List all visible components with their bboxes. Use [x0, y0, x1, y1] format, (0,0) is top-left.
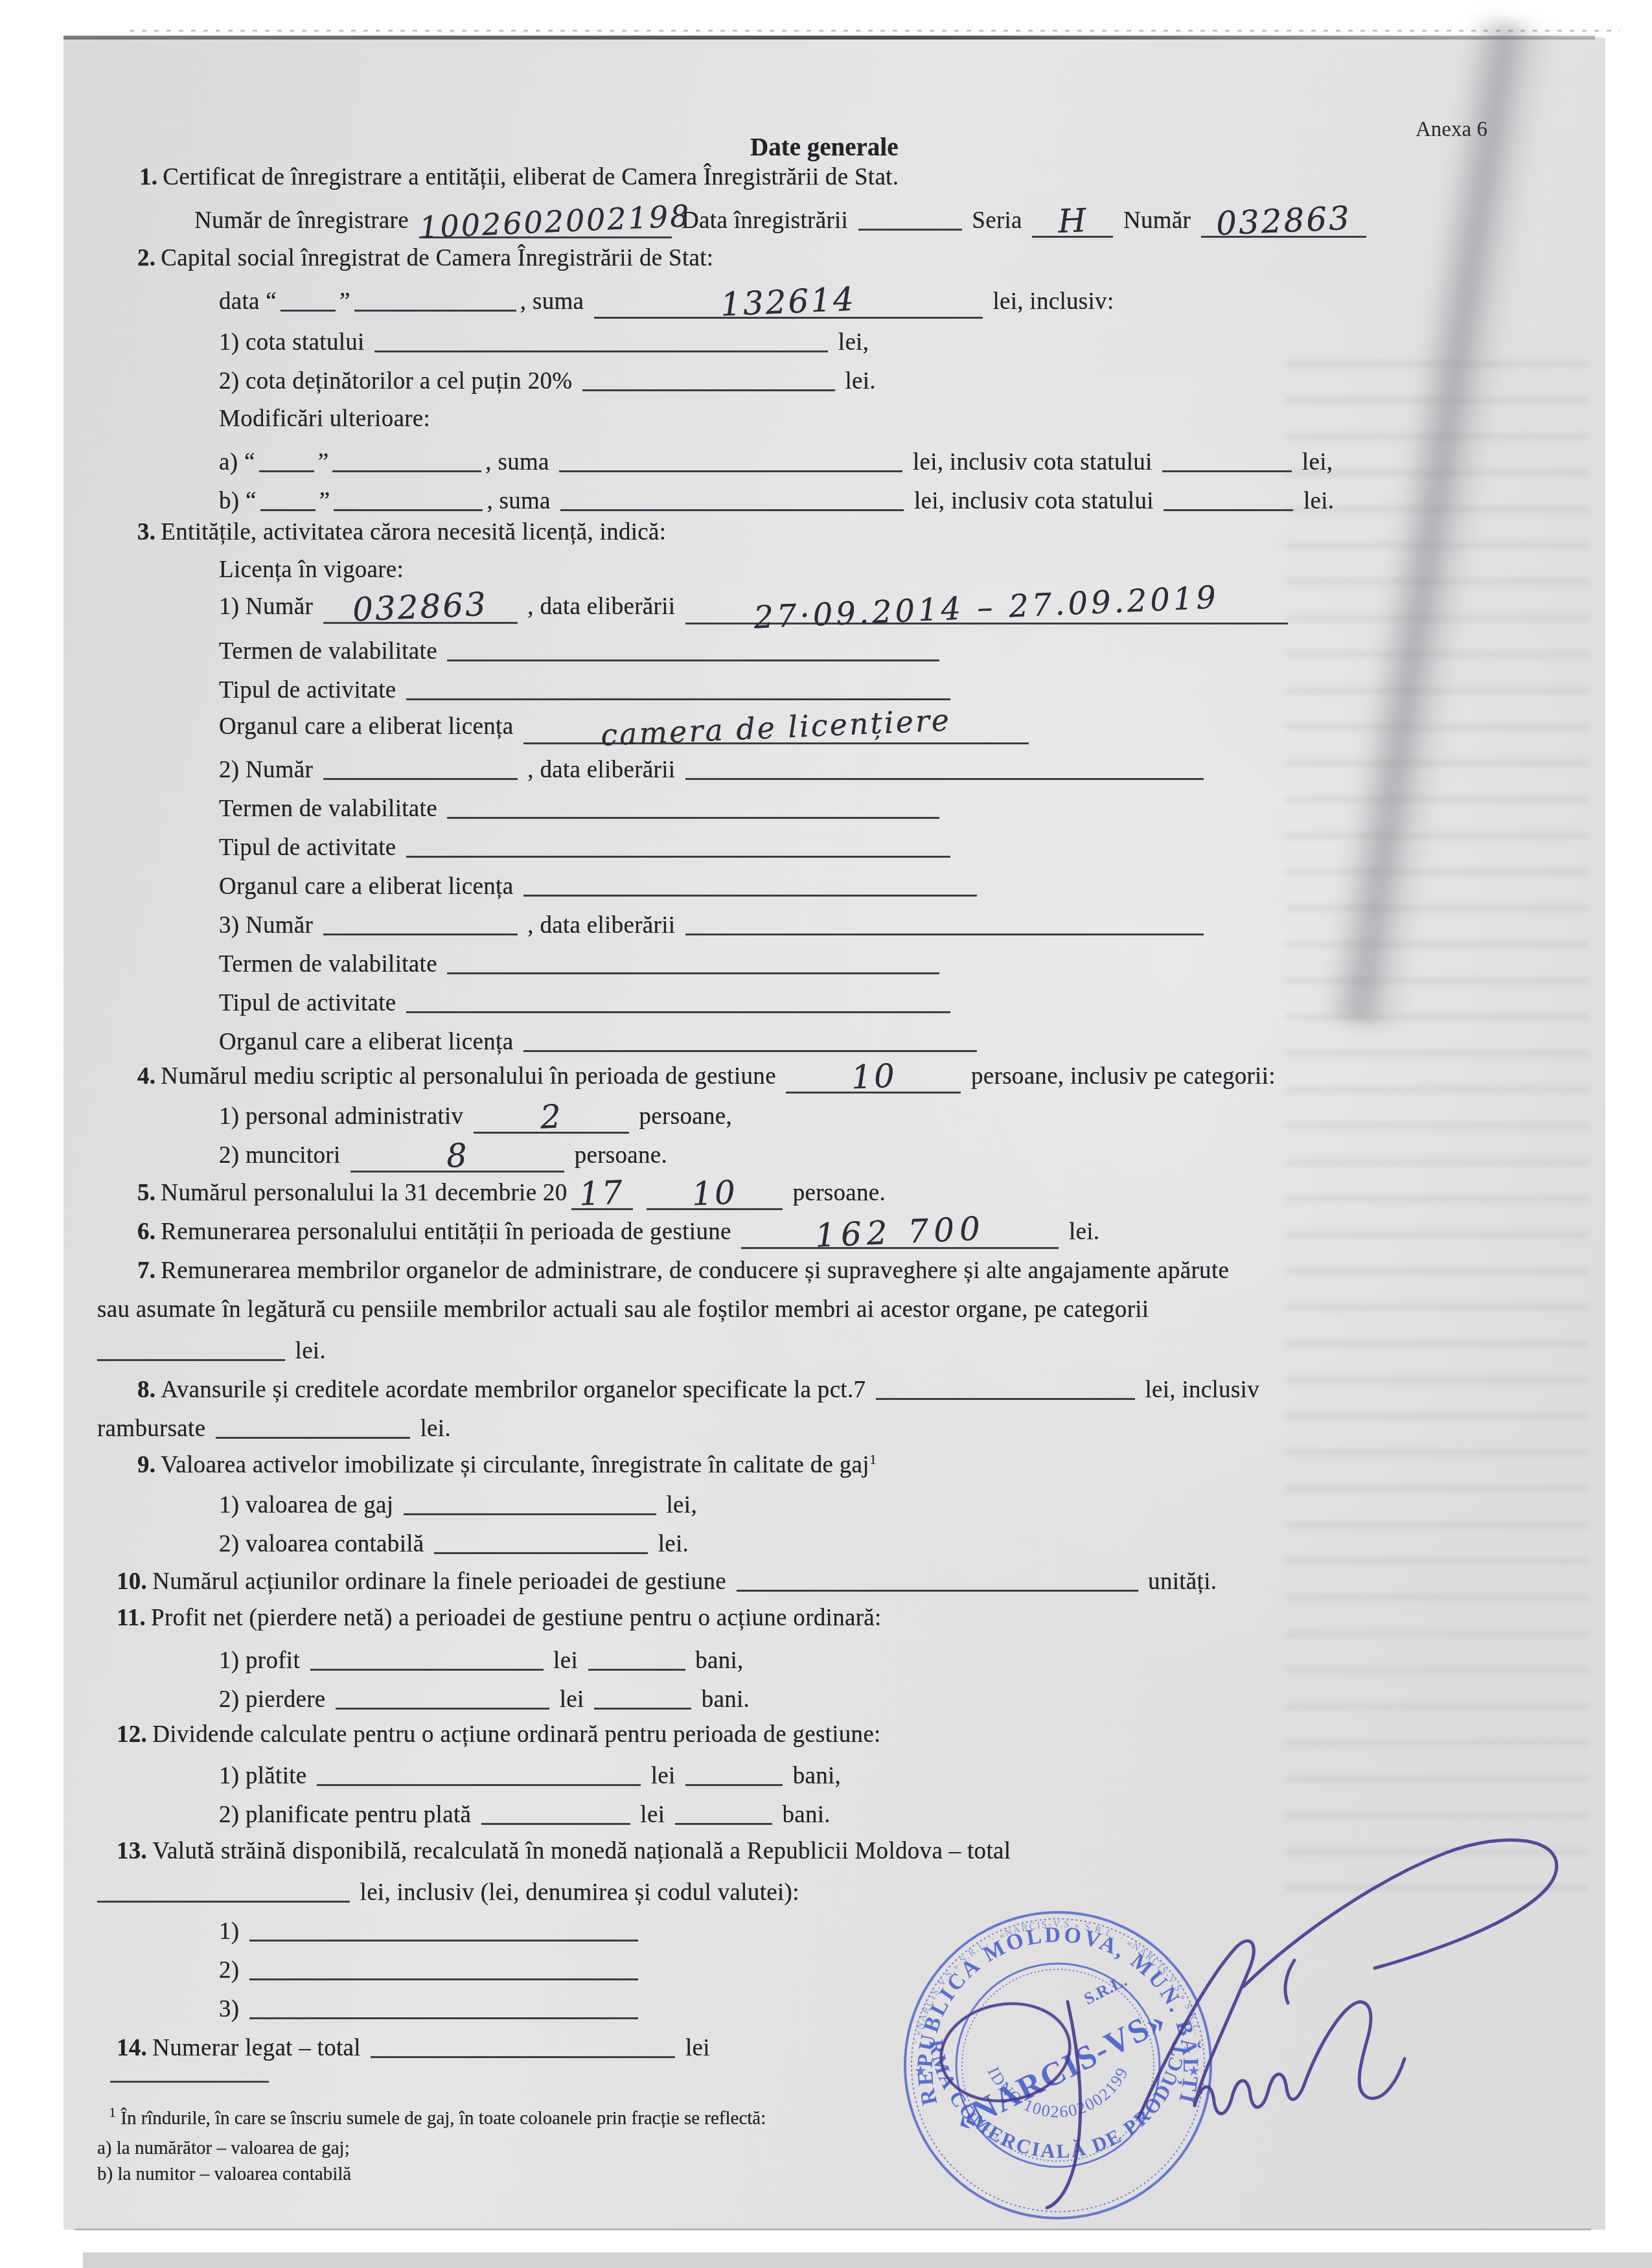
- organ3-field: [523, 1025, 977, 1052]
- item-12-planificate-line: 2) planificate pentru plată lei bani.: [219, 1798, 831, 1829]
- item-text: Avansurile și creditele acordate membril…: [161, 1377, 866, 1403]
- item-10-line: 10.Numărul acțiunilor ordinare la finele…: [117, 1565, 1217, 1596]
- item-8-field: [876, 1373, 1135, 1400]
- suma-label: , suma: [485, 449, 549, 475]
- item-text: Profit net (pierdere netă) a perioadei d…: [151, 1605, 881, 1631]
- item-1-heading: 1.Certificat de înregistrare a entității…: [139, 163, 899, 191]
- cota2-label: 2) cota deținătorilor a cel puțin 20%: [219, 368, 572, 395]
- licenta-1-termen-line: Termen de valabilitate: [219, 635, 943, 665]
- lei-label: lei.: [1069, 1219, 1099, 1245]
- numar3-field: [323, 909, 518, 935]
- page-title: Date generale: [750, 133, 898, 162]
- incl-cota-label: lei, inclusiv cota statului: [913, 449, 1153, 475]
- organ2-field: [523, 870, 977, 897]
- item-9-gaj-line: 1) valoarea de gaj lei,: [219, 1489, 697, 1519]
- item-number: 4.: [137, 1063, 155, 1090]
- item-number: 12.: [117, 1721, 147, 1748]
- termen-field: [447, 635, 939, 661]
- paper-top-edge-shadow: [63, 36, 1595, 40]
- scanner-dotted-edge: [130, 30, 1620, 32]
- item-text: Dividende calculate pentru o acțiune ord…: [152, 1721, 881, 1748]
- admin-field: 2: [474, 1107, 629, 1134]
- licenta-2-tip-line: Tipul de activitate: [219, 831, 954, 862]
- numar2-field: [323, 753, 518, 780]
- remunerare-handwritten: 162 700: [815, 1220, 986, 1244]
- sub3-field: [249, 1993, 638, 2019]
- tip-field: [406, 674, 950, 700]
- cota1-label: 1) cota statului: [219, 329, 365, 356]
- a-open-label: a) “: [219, 449, 255, 475]
- lei-label: lei,: [667, 1492, 697, 1518]
- data-open-label: data “: [219, 288, 277, 315]
- remunerare-field: 162 700: [741, 1222, 1059, 1249]
- muncitori-label: 2) muncitori: [219, 1142, 341, 1169]
- item-text: Valută străină disponibilă, recalculată …: [152, 1838, 1011, 1864]
- lei-label: lei.: [658, 1531, 689, 1557]
- bani-label: bani,: [793, 1763, 841, 1789]
- quote-close: ”: [339, 288, 350, 315]
- annex-label: Anexa 6: [1416, 118, 1487, 142]
- b-suma-field: [560, 485, 904, 511]
- item-number: 6.: [137, 1219, 155, 1245]
- a-month-field: [332, 446, 481, 472]
- profit-bani-field: [588, 1644, 685, 1671]
- item-2-modificare-a-line: a) “”, suma lei, inclusiv cota statului …: [219, 446, 1333, 476]
- data3-field: [685, 909, 1204, 935]
- item-11-heading: 11.Profit net (pierdere netă) a perioade…: [117, 1604, 882, 1632]
- item-number: 13.: [117, 1838, 147, 1864]
- footnote-text: În rîndurile, în care se înscriu sumele …: [120, 2108, 766, 2129]
- lei-label: lei: [651, 1763, 676, 1789]
- profit-label: 1) profit: [219, 1647, 300, 1674]
- tip3-field: [406, 987, 950, 1013]
- licenta-3-numar-line: 3) Număr , data eliberării: [219, 909, 1208, 939]
- footnote-line-b: b) la numitor – valoarea contabilă: [97, 2164, 351, 2185]
- item-11-profit-line: 1) profit lei bani,: [219, 1644, 744, 1675]
- muncitori-field: 8: [350, 1146, 564, 1173]
- organ-label: Organul care a eliberat licența: [219, 1029, 513, 1055]
- tip-label: Tipul de activitate: [219, 834, 396, 861]
- licenta-1-organ-line: Organul care a eliberat licența camera d…: [219, 713, 1033, 744]
- item-13-sub1: 1): [219, 1915, 642, 1945]
- item-7-field: [97, 1334, 285, 1361]
- pierdere-label: 2) pierdere: [219, 1686, 326, 1713]
- item-text: Certificat de înregistrare a entității, …: [163, 164, 899, 190]
- item-5-after: persoane.: [793, 1180, 886, 1206]
- registration-date-field: [858, 204, 962, 231]
- platite-bani-field: [685, 1759, 783, 1786]
- footnote-separator: [110, 2081, 269, 2083]
- item-6-line: 6.Remunerarea personalului entității în …: [137, 1218, 1099, 1249]
- item-number: 14.: [117, 2035, 147, 2061]
- lei-label: lei: [685, 2035, 710, 2061]
- item-2-modificare-b-line: b) “”, suma lei, inclusiv cota statului …: [219, 485, 1334, 515]
- licenta-2-termen-line: Termen de valabilitate: [219, 792, 943, 823]
- item-text: Remunerarea personalului entității în pe…: [161, 1219, 731, 1245]
- data-eliberarii-field: 27·09.2014 – 27.09.2019: [685, 598, 1288, 624]
- item-7-line1: 7.Remunerarea membrilor organelor de adm…: [137, 1257, 1229, 1285]
- gaj-field: [404, 1489, 656, 1515]
- item-13-line2: lei, inclusiv (lei, denumirea și codul v…: [97, 1876, 799, 1907]
- sub1-label: 1): [219, 1918, 239, 1945]
- b-open-label: b) “: [219, 488, 257, 514]
- tip-label: Tipul de activitate: [219, 990, 396, 1016]
- modificari-text: Modificări ulterioare:: [219, 406, 430, 432]
- licenta-3-termen-line: Termen de valabilitate: [219, 948, 943, 978]
- persoane-label: persoane,: [639, 1103, 732, 1130]
- personal-dec31-field: 10: [647, 1184, 783, 1210]
- pierdere-field: [336, 1683, 549, 1710]
- organ-label: Organul care a eliberat licența: [219, 873, 513, 900]
- numar-label: Număr: [1123, 207, 1191, 234]
- item-13-sub2: 2): [219, 1954, 642, 1984]
- suma-label: , suma: [520, 288, 584, 315]
- suma-label: , suma: [487, 488, 550, 514]
- footnote-line-a: a) la numărător – valoarea de gaj;: [97, 2138, 350, 2159]
- item-2-cota2-line: 2) cota deținătorilor a cel puțin 20% le…: [219, 365, 876, 395]
- year-handwritten: 17: [579, 1184, 625, 1202]
- personal-mediu-field: 10: [786, 1067, 961, 1094]
- termen-label: Termen de valabilitate: [219, 638, 437, 665]
- numar1-field: 032863: [323, 597, 518, 624]
- planificate-field: [481, 1798, 630, 1825]
- item-4-line: 4.Numărul mediu scriptic al personalului…: [137, 1062, 1276, 1094]
- item-9-contabila-line: 2) valoarea contabilă lei.: [219, 1528, 689, 1558]
- sub2-label: 2): [219, 1957, 239, 1984]
- a-cota-field: [1162, 446, 1292, 472]
- personal-dec31-handwritten: 10: [692, 1184, 738, 1202]
- a-suma-field: [559, 446, 902, 472]
- item-3-heading: 3.Entitățile, activitatea cărora necesit…: [137, 518, 666, 546]
- registration-date-label: Data înregistrării: [682, 207, 848, 234]
- contabila-field: [434, 1528, 648, 1554]
- suma-field: 132614: [594, 292, 983, 319]
- item-12-heading: 12.Dividende calculate pentru o acțiune …: [117, 1721, 881, 1748]
- rambursate-field: [216, 1412, 410, 1439]
- item-2-heading: 2.Capital social înregistrat de Camera Î…: [137, 244, 713, 272]
- data-eliberarii-label: , data eliberării: [527, 912, 675, 939]
- item-2-suma-line: data “”, suma 132614 lei, inclusiv:: [219, 285, 1114, 319]
- numar-field: 032863: [1201, 211, 1366, 238]
- muncitori-handwritten: 8: [446, 1147, 469, 1164]
- licenta-numar-handwritten: 032863: [352, 595, 488, 618]
- a-day-field: [259, 446, 314, 472]
- b-month-field: [334, 485, 483, 511]
- lei-label: lei: [560, 1686, 584, 1713]
- data-eliberarii-label: , data eliberării: [527, 593, 675, 620]
- sub2-field: [249, 1954, 638, 1980]
- numar-handwritten: 032863: [1215, 209, 1351, 232]
- item-text: sau asumate în legătură cu pensiile memb…: [97, 1296, 1149, 1323]
- suma-handwritten: 132614: [720, 290, 856, 313]
- item-number: 7.: [137, 1257, 155, 1284]
- item-2-cota1-line: 1) cota statului lei,: [219, 326, 869, 356]
- licenta-2-organ-line: Organul care a eliberat licența: [219, 870, 981, 900]
- item-8-line1: 8.Avansurile și creditele acordate membr…: [137, 1373, 1259, 1404]
- lei-label: lei.: [295, 1338, 326, 1364]
- termen-label: Termen de valabilitate: [219, 796, 437, 822]
- item-13-field: [97, 1876, 350, 1903]
- b-day-field: [260, 485, 315, 511]
- planificate-label: 2) planificate pentru plată: [219, 1802, 471, 1828]
- item-number: 10.: [117, 1568, 147, 1595]
- item-13-after: lei, inclusiv (lei, denumirea și codul v…: [360, 1879, 799, 1906]
- licenta-1-numar-line: 1) Număr 032863 , data eliberării 27·09.…: [219, 593, 1292, 624]
- bani-label: bani.: [702, 1686, 750, 1713]
- day-field: [281, 285, 336, 312]
- personal-mediu-handwritten: 10: [851, 1067, 897, 1086]
- platite-field: [317, 1759, 641, 1786]
- numar2-label: 2) Număr: [219, 757, 313, 783]
- numar1-label: 1) Număr: [219, 593, 313, 620]
- licenta-vigoare-label: Licența în vigoare:: [219, 556, 404, 584]
- item-12-platite-line: 1) plătite lei bani,: [219, 1759, 841, 1790]
- cota2-field: [582, 365, 835, 391]
- month-field: [354, 285, 516, 312]
- lei-inclusiv-label: lei, inclusiv:: [992, 288, 1114, 315]
- item-number: 9.: [137, 1452, 155, 1478]
- licenta-3-organ-line: Organul care a eliberat licența: [219, 1025, 981, 1056]
- item-14-line: 14.Numerar legat – total lei: [117, 2032, 710, 2062]
- item-text: Remunerarea membrilor organelor de admin…: [161, 1257, 1229, 1284]
- item-2-modificari-label: Modificări ulterioare:: [219, 405, 430, 433]
- lei-label: lei: [553, 1647, 578, 1674]
- seria-label: Seria: [972, 207, 1022, 234]
- b-cota-field: [1164, 485, 1293, 511]
- item-text: Numărul personalului la 31 decembrie 20: [161, 1180, 567, 1206]
- item-9-heading: 9.Valoarea activelor imobilizate și circ…: [137, 1451, 877, 1479]
- tip2-field: [406, 831, 950, 858]
- licenta-1-tip-line: Tipul de activitate: [219, 674, 954, 704]
- registration-number-label: Număr de înregistrare: [194, 207, 409, 234]
- sub3-label: 3): [219, 1996, 239, 2022]
- pierdere-bani-field: [594, 1683, 691, 1710]
- lei-label: lei.: [1303, 488, 1334, 514]
- lei-label: lei,: [838, 329, 869, 356]
- item-13-sub3: 3): [219, 1993, 642, 2023]
- scanned-form-page: Anexa 6 Date generale 1.Certificat de în…: [0, 0, 1652, 2268]
- tip-label: Tipul de activitate: [219, 677, 396, 704]
- year-field: 17: [571, 1184, 633, 1210]
- registration-number-handwritten: 1002602002198: [419, 207, 691, 236]
- item-5-line: 5.Numărul personalului la 31 decembrie 2…: [137, 1179, 886, 1210]
- data-eliberarii-label: , data eliberării: [527, 757, 675, 783]
- rambursate-label: rambursate: [97, 1415, 205, 1442]
- footnote-ref: 1: [869, 1451, 877, 1467]
- item-number: 3.: [137, 519, 155, 545]
- item-number: 11.: [117, 1605, 146, 1631]
- quote-close: ”: [318, 449, 329, 475]
- item-text: Numărul acțiunilor ordinare la finele pe…: [152, 1568, 726, 1595]
- item-text: Numărul mediu scriptic al personalului î…: [161, 1063, 776, 1090]
- seria-field: H: [1032, 211, 1113, 238]
- planificate-bani-field: [675, 1798, 772, 1825]
- item-text: Numerar legat – total: [152, 2035, 361, 2061]
- lei-label: lei.: [845, 368, 875, 395]
- organ-field: camera de licențiere: [523, 718, 1029, 744]
- item-1-registration-line: Număr de înregistrare 1002602002198 Data…: [194, 204, 1370, 238]
- profit-field: [310, 1644, 544, 1671]
- item-4-muncitori-line: 2) muncitori 8 persoane.: [219, 1141, 667, 1173]
- lei-inclusiv-label: lei, inclusiv: [1145, 1377, 1259, 1403]
- cota1-field: [374, 326, 828, 352]
- unitati-label: unități.: [1148, 1568, 1217, 1595]
- footnote-sup: 1: [109, 2104, 116, 2120]
- scanner-bottom-strip: [83, 2252, 1652, 2268]
- organ-label: Organul care a eliberat licența: [219, 713, 513, 740]
- item-number: 1.: [139, 164, 157, 190]
- bani-label: bani.: [782, 1802, 830, 1828]
- lei-label: lei,: [1302, 449, 1333, 475]
- gaj-label: 1) valoarea de gaj: [219, 1492, 393, 1518]
- platite-label: 1) plătite: [219, 1763, 307, 1789]
- termen3-field: [447, 948, 939, 974]
- data2-field: [685, 753, 1204, 780]
- admin-label: 1) personal administrativ: [219, 1103, 463, 1130]
- termen-label: Termen de valabilitate: [219, 951, 437, 978]
- item-8-rambursate-line: rambursate lei.: [97, 1412, 451, 1443]
- item-7-line2: sau asumate în legătură cu pensiile memb…: [97, 1296, 1149, 1323]
- persoane-label: persoane.: [575, 1142, 667, 1169]
- organ-handwritten: camera de licențiere: [601, 711, 952, 744]
- item-number: 2.: [137, 245, 155, 271]
- licenta-2-numar-line: 2) Număr , data eliberării: [219, 753, 1208, 784]
- paper-bottom-edge: [75, 2228, 1591, 2230]
- item-text: Entitățile, activitatea cărora necesită …: [161, 519, 666, 545]
- item-13-heading: 13.Valută străină disponibilă, recalcula…: [117, 1837, 1011, 1865]
- item-11-pierdere-line: 2) pierdere lei bani.: [219, 1683, 750, 1713]
- item-4-admin-line: 1) personal administrativ 2 persoane,: [219, 1103, 732, 1134]
- item-4-after: persoane, inclusiv pe categorii:: [971, 1063, 1276, 1090]
- quote-close: ”: [319, 488, 330, 514]
- item-7-value-line: lei.: [97, 1334, 326, 1365]
- item-number: 8.: [137, 1377, 155, 1403]
- lei-label: lei: [640, 1802, 665, 1828]
- licenta-3-tip-line: Tipul de activitate: [219, 987, 954, 1017]
- item-10-field: [737, 1565, 1138, 1592]
- bani-label: bani,: [695, 1647, 743, 1674]
- registration-number-field: 1002602002198: [419, 212, 672, 238]
- item-text: Valoarea activelor imobilizate și circul…: [161, 1452, 869, 1478]
- item-text: Capital social înregistrat de Camera Înr…: [161, 245, 713, 271]
- seria-handwritten: H: [1057, 212, 1088, 230]
- item-number: 5.: [137, 1180, 155, 1206]
- incl-cota-label: lei, inclusiv cota statului: [914, 488, 1154, 514]
- sub1-field: [249, 1915, 638, 1942]
- footnote-line1: 1 În rîndurile, în care se înscriu sumel…: [109, 2104, 766, 2129]
- numar3-label: 3) Număr: [219, 912, 313, 939]
- lei-label: lei.: [420, 1415, 451, 1442]
- licenta-data-handwritten: 27·09.2014 – 27.09.2019: [753, 589, 1220, 626]
- item-14-field: [371, 2032, 675, 2058]
- termen2-field: [447, 792, 939, 819]
- contabila-label: 2) valoarea contabilă: [219, 1531, 424, 1557]
- licenta-text: Licența în vigoare:: [219, 556, 404, 583]
- admin-handwritten: 2: [540, 1108, 563, 1125]
